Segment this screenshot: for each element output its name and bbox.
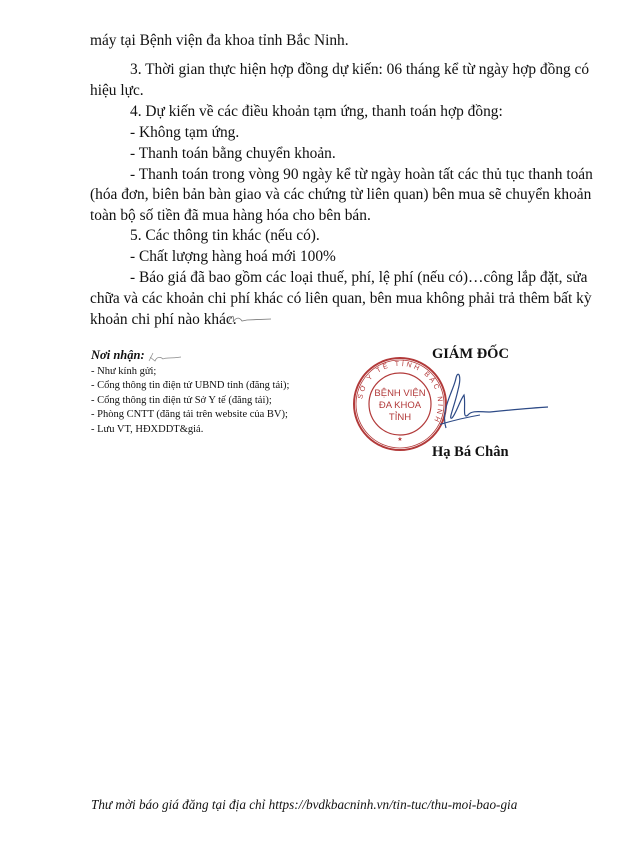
recipient-item: - Cổng thông tin điện tử Sở Y tế (đăng t… [91,394,289,409]
body-line: khoản chi phí nào khác. [90,312,237,327]
recipient-item: - Như kính gửi; [91,365,289,380]
body-line: hiệu lực. [90,83,144,98]
svg-text:★: ★ [397,436,402,443]
svg-text:BỆNH VIỆN: BỆNH VIỆN [374,388,425,399]
official-stamp-icon: SỞ Y TẾ TỈNH BẮC NINH ★ BỆNH VIỆN ĐA KHO… [352,356,448,452]
body-line: toàn bộ số tiền đã mua hàng hóa cho bên … [90,208,371,223]
svg-text:TỈNH: TỈNH [389,411,411,423]
section-4: 4. Dự kiến về các điều khoản tạm ứng, th… [130,104,503,119]
body-line: máy tại Bệnh viện đa khoa tỉnh Bắc Ninh. [90,33,349,48]
recipient-item: - Phòng CNTT (đăng tải trên website của … [91,408,289,423]
signer-name: Hạ Bá Chân [432,444,509,461]
recipients-heading: Nơi nhận: [91,348,145,363]
section-5: 5. Các thông tin khác (nếu có). [130,228,320,243]
footer-note: Thư mời báo giá đăng tại địa chỉ https:/… [91,797,517,813]
svg-text:ĐA KHOA: ĐA KHOA [379,400,422,411]
body-line: - Chất lượng hàng hoá mới 100% [130,249,336,264]
signature-icon [440,370,550,450]
initials-scribble-icon [225,312,275,328]
body-line: - Thanh toán bằng chuyển khoản. [130,146,336,161]
body-line: (hóa đơn, biên bản bàn giao và các chứng… [90,187,591,202]
body-line: - Không tạm ứng. [130,125,239,140]
initials-scribble-icon [147,351,183,363]
body-line: chữa và các khoản chi phí khác có liên q… [90,291,592,306]
recipients-block: Nơi nhận: - Như kính gửi; - Cổng thông t… [91,348,289,438]
recipient-item: - Cổng thông tin điện tử UBND tỉnh (đăng… [91,379,289,394]
body-line: - Thanh toán trong vòng 90 ngày kể từ ng… [130,167,593,182]
section-3: 3. Thời gian thực hiện hợp đồng dự kiến:… [130,62,589,77]
body-line: - Báo giá đã bao gồm các loại thuế, phí,… [130,270,588,285]
recipient-item: - Lưu VT, HĐXDDT&giá. [91,423,289,438]
